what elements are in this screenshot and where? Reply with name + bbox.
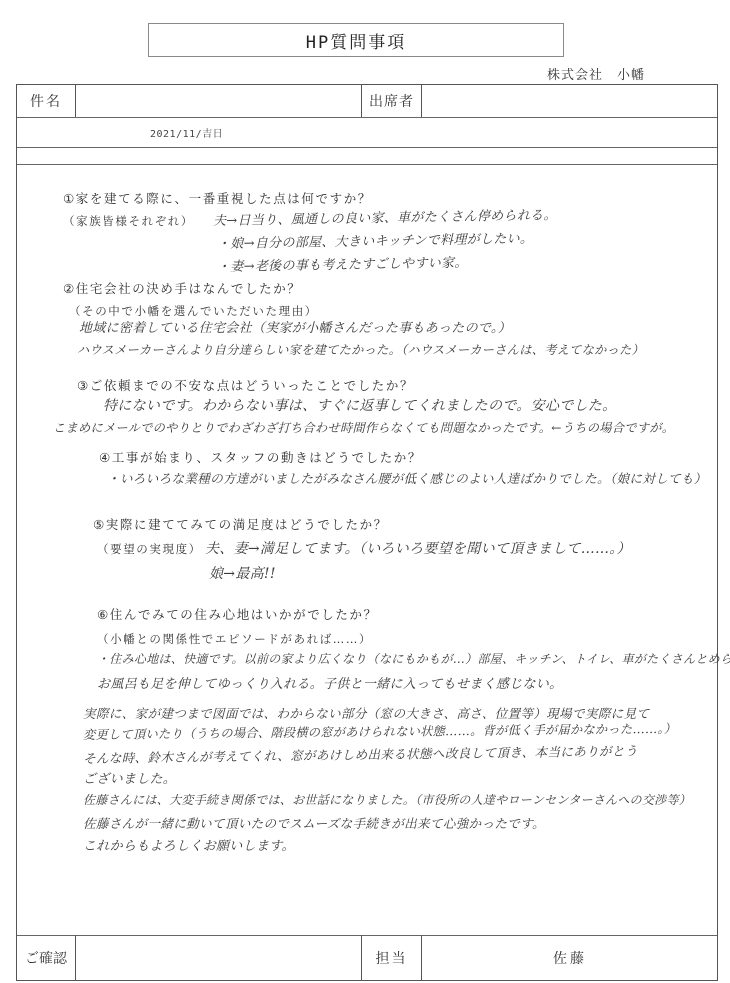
question-5-sub: （要望の実現度） <box>97 541 202 557</box>
answer-1-line-2: ・娘→自分の部屋、大きいキッチンで料理がしたい。 <box>217 227 533 252</box>
date-text: 2021/11/吉日 <box>150 125 223 140</box>
questionnaire-body: ①家を建てる際に、一番重視した点は何ですか？ （家族皆様それぞれ） 夫→日当り、… <box>17 165 717 935</box>
answer-1-line-3: ・妻→老後の事も考えたすごしやすい家。 <box>217 252 468 275</box>
attendees-field[interactable] <box>423 85 717 117</box>
answer-2-line-2: ハウスメーカーさんより自分達らしい家を建てたかった。（ハウスメーカーさんは、考え… <box>77 341 644 358</box>
answer-6-line-2: お風呂も足を伸してゆっくり入れる。子供と一緒に入ってもせまく感じない。 <box>97 673 562 692</box>
staff-label: 担当 <box>362 936 421 980</box>
document-title-box: HP質問事項 <box>148 23 564 57</box>
company-name: 小幡 <box>617 68 645 83</box>
staff-field[interactable]: 佐藤 <box>423 936 717 980</box>
answer-2-line-1: 地域に密着している住宅会社（実家が小幡さんだった事もあったので。） <box>79 317 511 336</box>
divider <box>421 935 422 980</box>
company-type: 株式会社 <box>547 68 603 83</box>
question-1-sub: （家族皆様それぞれ） <box>63 213 194 229</box>
confirm-label: ご確認 <box>17 936 75 980</box>
company-signature: 株式会社小幡 <box>547 64 645 83</box>
divider <box>421 85 422 117</box>
question-3: ③ご依頼までの不安な点はどういったことでしたか？ <box>77 376 414 394</box>
subject-label: 件名 <box>17 85 75 117</box>
subject-field[interactable] <box>77 85 360 117</box>
divider <box>17 147 717 148</box>
divider <box>75 85 76 117</box>
answer-5-line-1: 夫、妻→満足してます。（いろいろ要望を聞いて頂きまして……。） <box>205 538 631 558</box>
question-2: ②住宅会社の決め手はなんでしたか？ <box>63 279 301 297</box>
answer-6-line-6: ございました。 <box>83 768 176 787</box>
confirm-field[interactable] <box>77 936 360 980</box>
answer-3-line-1: 特にないです。わからない事は、すぐに返事してくれましたので。安心でした。 <box>103 395 616 415</box>
answer-6-line-4: 変更して頂いたり（うちの場合、階段横の窓があけられない状態……。背が低く手が届か… <box>83 720 676 743</box>
answer-6-line-8: 佐藤さんが一緒に動いて頂いたのでスムーズな手続きが出来て心強かったです。 <box>83 813 545 832</box>
answer-6-line-5: そんな時、鈴木さんが考えてくれ、窓があけしめ出来る状態へ改良して頂き、本当にあり… <box>83 740 638 767</box>
document-title: HP質問事項 <box>306 28 406 53</box>
answer-6-line-7: 佐藤さんには、大変手続き関係では、お世話になりました。（市役所の人達やローンセン… <box>83 791 691 808</box>
question-5: ⑤実際に建ててみての満足度はどうでしたか？ <box>93 515 388 533</box>
answer-5-line-2: 娘→最高!! <box>209 563 276 583</box>
answer-4-line-1: ・いろいろな業種の方達がいましたがみなさん腰が低く感じのよい人達ばかりでした。（… <box>107 468 707 487</box>
divider <box>17 117 717 118</box>
answer-6-line-1: ・住み心地は、快適です。以前の家より広くなり（なにもかもが…）部屋、キッチン、ト… <box>97 650 730 667</box>
divider <box>75 935 76 980</box>
attendees-label: 出席者 <box>362 85 421 117</box>
answer-1-line-1: 夫→日当り、風通しの良い家、車がたくさん停められる。 <box>213 204 557 229</box>
form-frame: 件名 出席者 2021/11/吉日 ①家を建てる際に、一番重視した点は何ですか？… <box>16 84 718 981</box>
question-4: ④工事が始まり、スタッフの動きはどうでしたか？ <box>99 448 422 466</box>
answer-6-line-9: これからもよろしくお願いします。 <box>83 835 295 854</box>
answer-6-line-3: 実際に、家が建つまで図面では、わからない部分（窓の大きさ、高さ、位置等）現場で実… <box>83 703 649 722</box>
question-6-sub: （小幡との関係性でエピソードがあれば……） <box>97 631 372 647</box>
answer-3-line-2: こまめにメールでのやりとりでわざわざ打ち合わせ時間作らなくても問題なかったです。… <box>53 419 674 436</box>
question-1: ①家を建てる際に、一番重視した点は何ですか？ <box>63 189 372 207</box>
question-6: ⑥住んでみての住み心地はいかがでしたか？ <box>97 605 378 623</box>
